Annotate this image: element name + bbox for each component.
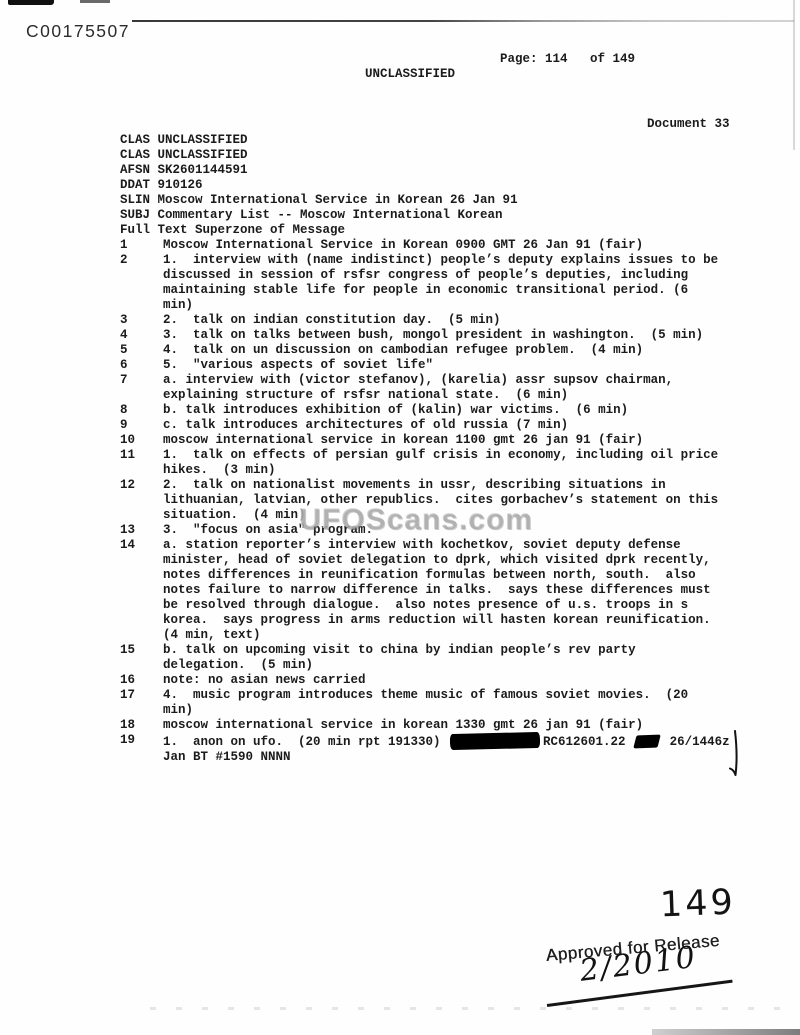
doc-item-text: a. station reporter’s interview with koc… bbox=[163, 538, 760, 643]
doc-item: 10moscow international service in korean… bbox=[120, 433, 760, 448]
doc-item-number: 13 bbox=[120, 523, 163, 538]
doc-item-text: moscow international service in korean 1… bbox=[163, 718, 760, 733]
doc-item-number: 7 bbox=[120, 373, 163, 403]
redaction-bar bbox=[633, 735, 660, 749]
header-line: Full Text Superzone of Message bbox=[120, 223, 518, 238]
message-header-block: CLAS UNCLASSIFIEDCLAS UNCLASSIFIEDAFSN S… bbox=[120, 133, 518, 238]
doc-item-text: 4. talk on un discussion on cambodian re… bbox=[163, 343, 760, 358]
doc-item-number: 19 bbox=[120, 733, 163, 765]
doc-item-number: 9 bbox=[120, 418, 163, 433]
document-number-label: Document 33 bbox=[647, 117, 730, 132]
doc-item: 8b. talk introduces exhibition of (kalin… bbox=[120, 403, 760, 418]
doc-item-number: 6 bbox=[120, 358, 163, 373]
doc-item: 43. talk on talks between bush, mongol p… bbox=[120, 328, 760, 343]
doc-item-text: 1. anon on ufo. (20 min rpt 191330) RC61… bbox=[163, 733, 760, 765]
scanned-document-page: C00175507 Page: 114 of 149 UNCLASSIFIED … bbox=[0, 0, 800, 1035]
signature-line bbox=[547, 980, 733, 1007]
doc-item-number: 2 bbox=[120, 253, 163, 313]
doc-item-text: 3. talk on talks between bush, mongol pr… bbox=[163, 328, 760, 343]
doc-item: 111. talk on effects of persian gulf cri… bbox=[120, 448, 760, 478]
doc-item: 15b. talk on upcoming visit to china by … bbox=[120, 643, 760, 673]
doc-item: 32. talk on indian constitution day. (5 … bbox=[120, 313, 760, 328]
doc-item-number: 14 bbox=[120, 538, 163, 643]
scan-artifact-horizontal-line bbox=[132, 20, 794, 22]
scan-artifact-corner-dash bbox=[80, 0, 110, 3]
doc-item: 1Moscow International Service in Korean … bbox=[120, 238, 760, 253]
header-line: CLAS UNCLASSIFIED bbox=[120, 148, 518, 163]
doc-item: 16note: no asian news carried bbox=[120, 673, 760, 688]
doc-item: 14a. station reporter’s interview with k… bbox=[120, 538, 760, 643]
doc-item: 174. music program introduces theme musi… bbox=[120, 688, 760, 718]
doc-item-number: 4 bbox=[120, 328, 163, 343]
doc-item-text: c. talk introduces architectures of old … bbox=[163, 418, 760, 433]
doc-item-text: 4. music program introduces theme music … bbox=[163, 688, 760, 718]
scan-artifact-noise-row bbox=[150, 1007, 780, 1010]
redaction-bar bbox=[450, 732, 540, 750]
header-line: SUBJ Commentary List -- Moscow Internati… bbox=[120, 208, 518, 223]
doc-item: 54. talk on un discussion on cambodian r… bbox=[120, 343, 760, 358]
doc-item-text: 5. "various aspects of soviet life" bbox=[163, 358, 760, 373]
doc-item-text: moscow international service in korean 1… bbox=[163, 433, 760, 448]
doc-item-number: 16 bbox=[120, 673, 163, 688]
doc-item-text: a. interview with (victor stefanov), (ka… bbox=[163, 373, 760, 403]
doc-item-number: 5 bbox=[120, 343, 163, 358]
doc-item-text: 1. talk on effects of persian gulf crisi… bbox=[163, 448, 760, 478]
header-line: AFSN SK2601144591 bbox=[120, 163, 518, 178]
doc-text-segment: RC612601.22 bbox=[543, 735, 633, 749]
doc-item-text: b. talk introduces exhibition of (kalin)… bbox=[163, 403, 760, 418]
pen-mark-icon bbox=[728, 730, 742, 784]
doc-item: 9c. talk introduces architectures of old… bbox=[120, 418, 760, 433]
doc-item-number: 15 bbox=[120, 643, 163, 673]
doc-item-number: 3 bbox=[120, 313, 163, 328]
doc-item-number: 12 bbox=[120, 478, 163, 523]
ufoscans-watermark: UFOScans.com bbox=[299, 503, 533, 537]
scan-artifact-corner-mark bbox=[8, 0, 54, 5]
doc-item: 191. anon on ufo. (20 min rpt 191330) RC… bbox=[120, 733, 760, 765]
doc-item: 18moscow international service in korean… bbox=[120, 718, 760, 733]
doc-item-number: 17 bbox=[120, 688, 163, 718]
doc-item-number: 8 bbox=[120, 403, 163, 418]
page-count-label: Page: 114 of 149 bbox=[500, 52, 635, 67]
doc-item-text: note: no asian news carried bbox=[163, 673, 760, 688]
doc-item-number: 1 bbox=[120, 238, 163, 253]
doc-item-list: 1Moscow International Service in Korean … bbox=[120, 238, 760, 765]
doc-text-segment: 26/1446z bbox=[662, 735, 730, 749]
doc-item: 65. "various aspects of soviet life" bbox=[120, 358, 760, 373]
doc-text-segment: 1. anon on ufo. (20 min rpt 191330) bbox=[163, 735, 448, 749]
doc-item-text: 1. interview with (name indistinct) peop… bbox=[163, 253, 760, 313]
doc-item: 7a. interview with (victor stefanov), (k… bbox=[120, 373, 760, 403]
header-line: SLIN Moscow International Service in Kor… bbox=[120, 193, 518, 208]
handwritten-page-number: 149 bbox=[659, 883, 736, 926]
scan-artifact-bottom-bar bbox=[652, 1029, 800, 1035]
doc-item: 21. interview with (name indistinct) peo… bbox=[120, 253, 760, 313]
header-line: DDAT 910126 bbox=[120, 178, 518, 193]
header-line: CLAS UNCLASSIFIED bbox=[120, 133, 518, 148]
doc-item-text: 2. talk on indian constitution day. (5 m… bbox=[163, 313, 760, 328]
doc-item-number: 11 bbox=[120, 448, 163, 478]
doc-item-text: Moscow International Service in Korean 0… bbox=[163, 238, 760, 253]
doc-item-text: b. talk on upcoming visit to china by in… bbox=[163, 643, 760, 673]
scan-artifact-right-edge bbox=[793, 0, 795, 150]
classification-banner: UNCLASSIFIED bbox=[365, 67, 455, 82]
document-control-number: C00175507 bbox=[26, 21, 130, 42]
doc-item-number: 18 bbox=[120, 718, 163, 733]
doc-item-number: 10 bbox=[120, 433, 163, 448]
